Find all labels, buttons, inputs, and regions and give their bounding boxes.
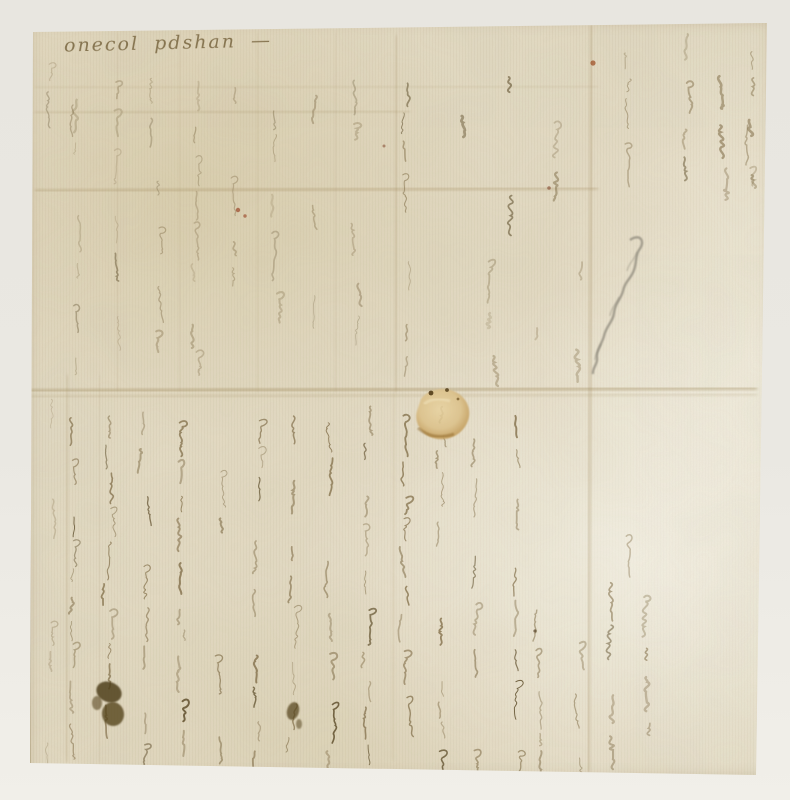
manuscript-artwork	[0, 0, 790, 800]
paper-texture	[30, 22, 770, 776]
manuscript-photo: onecol pdshan —	[0, 0, 790, 800]
letter-verso-sheet: onecol pdshan —	[30, 22, 770, 776]
